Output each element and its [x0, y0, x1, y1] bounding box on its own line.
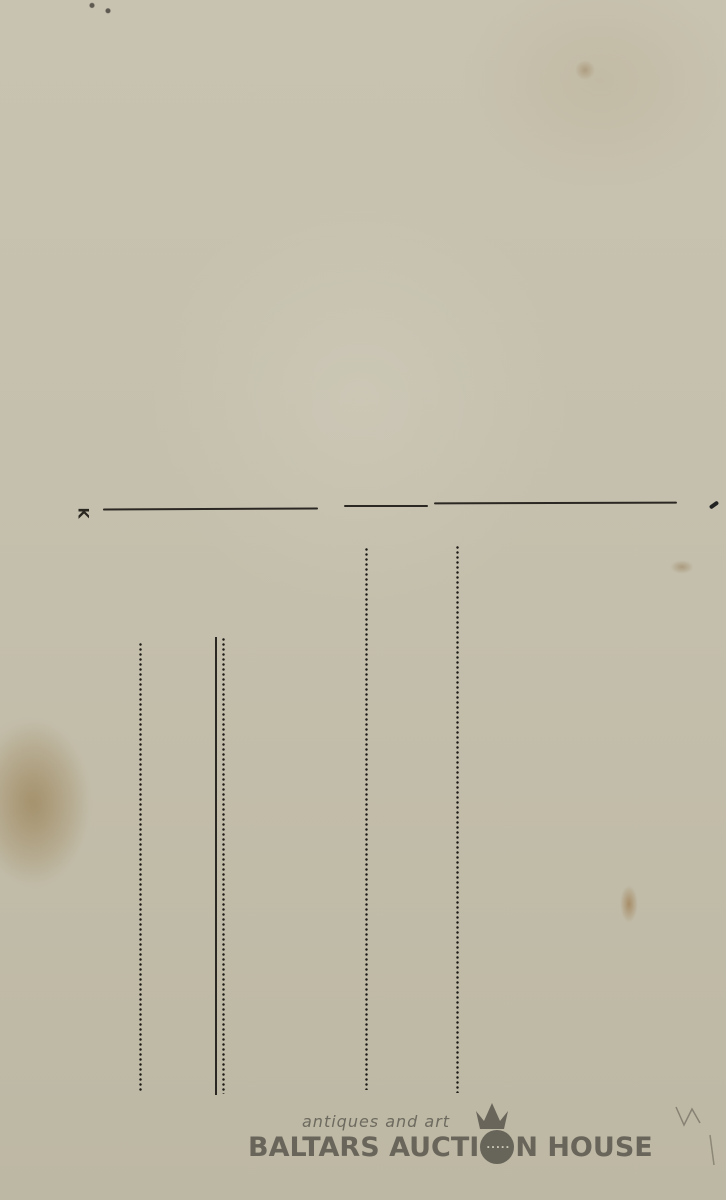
dotted-line-4 [456, 545, 459, 1093]
foxing-stain [620, 885, 638, 923]
watermark-logo-circle [480, 1130, 514, 1164]
foxing-stain [670, 560, 694, 574]
foxing-stain [575, 60, 595, 80]
divider-line-right [434, 502, 677, 505]
foxing-stain [0, 720, 90, 890]
watermark-title-part2: N HOUSE [515, 1132, 652, 1163]
dotted-line-1 [139, 642, 142, 1092]
address-marker-k: K [75, 508, 89, 519]
watermark-subtitle: antiques and art [302, 1112, 450, 1131]
divider-line-left [103, 507, 318, 510]
dotted-line-2 [222, 637, 225, 1094]
pencil-marking [668, 1095, 726, 1175]
watermark-title-part1: BALTARS AUCTI [248, 1132, 479, 1163]
ink-mark [709, 500, 719, 509]
speck-marks [80, 0, 120, 18]
solid-line [215, 637, 217, 1095]
postcard-back: K antiques and art BALTARS AUCTIN HOUSE [0, 0, 726, 1200]
dotted-line-3 [365, 547, 368, 1090]
watermark-title: BALTARS AUCTIN HOUSE [248, 1130, 653, 1164]
divider-line-mid [344, 505, 428, 507]
